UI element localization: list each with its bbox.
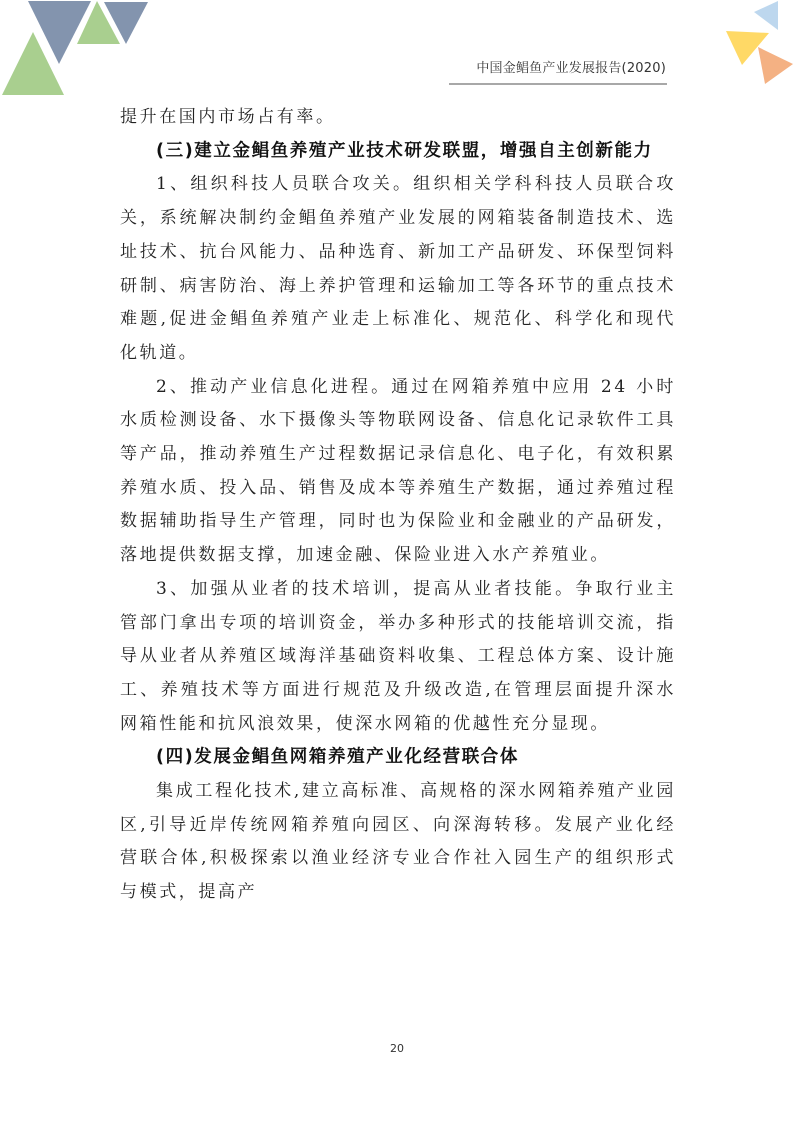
decorative-triangles-right-icon bbox=[0, 0, 794, 110]
section-4-heading: (四)发展金鲳鱼网箱养殖产业化经营联合体 bbox=[120, 741, 676, 775]
section-3-item-2: 2、推动产业信息化进程。通过在网箱养殖中应用 24 小时水质检测设备、水下摄像头… bbox=[120, 371, 676, 573]
page-body: 提升在国内市场占有率。 (三)建立金鲳鱼养殖产业技术研发联盟，增强自主创新能力 … bbox=[120, 101, 676, 910]
section-3-item-3: 3、加强从业者的技术培训，提高从业者技能。争取行业主管部门拿出专项的培训资金，举… bbox=[120, 573, 676, 742]
page-number: 20 bbox=[0, 1042, 794, 1055]
section-3-heading: (三)建立金鲳鱼养殖产业技术研发联盟，增强自主创新能力 bbox=[120, 135, 676, 169]
section-3-item-1: 1、组织科技人员联合攻关。组织相关学科科技人员联合攻关，系统解决制约金鲳鱼养殖产… bbox=[120, 168, 676, 370]
section-4-paragraph-1: 集成工程化技术,建立高标准、高规格的深水网箱养殖产业园区,引导近岸传统网箱养殖向… bbox=[120, 775, 676, 910]
report-header-title: 中国金鲳鱼产业发展报告(2020) bbox=[476, 57, 666, 76]
continuation-paragraph: 提升在国内市场占有率。 bbox=[120, 101, 676, 135]
decorative-triangles-left-icon bbox=[0, 0, 200, 110]
header-divider bbox=[449, 83, 667, 85]
